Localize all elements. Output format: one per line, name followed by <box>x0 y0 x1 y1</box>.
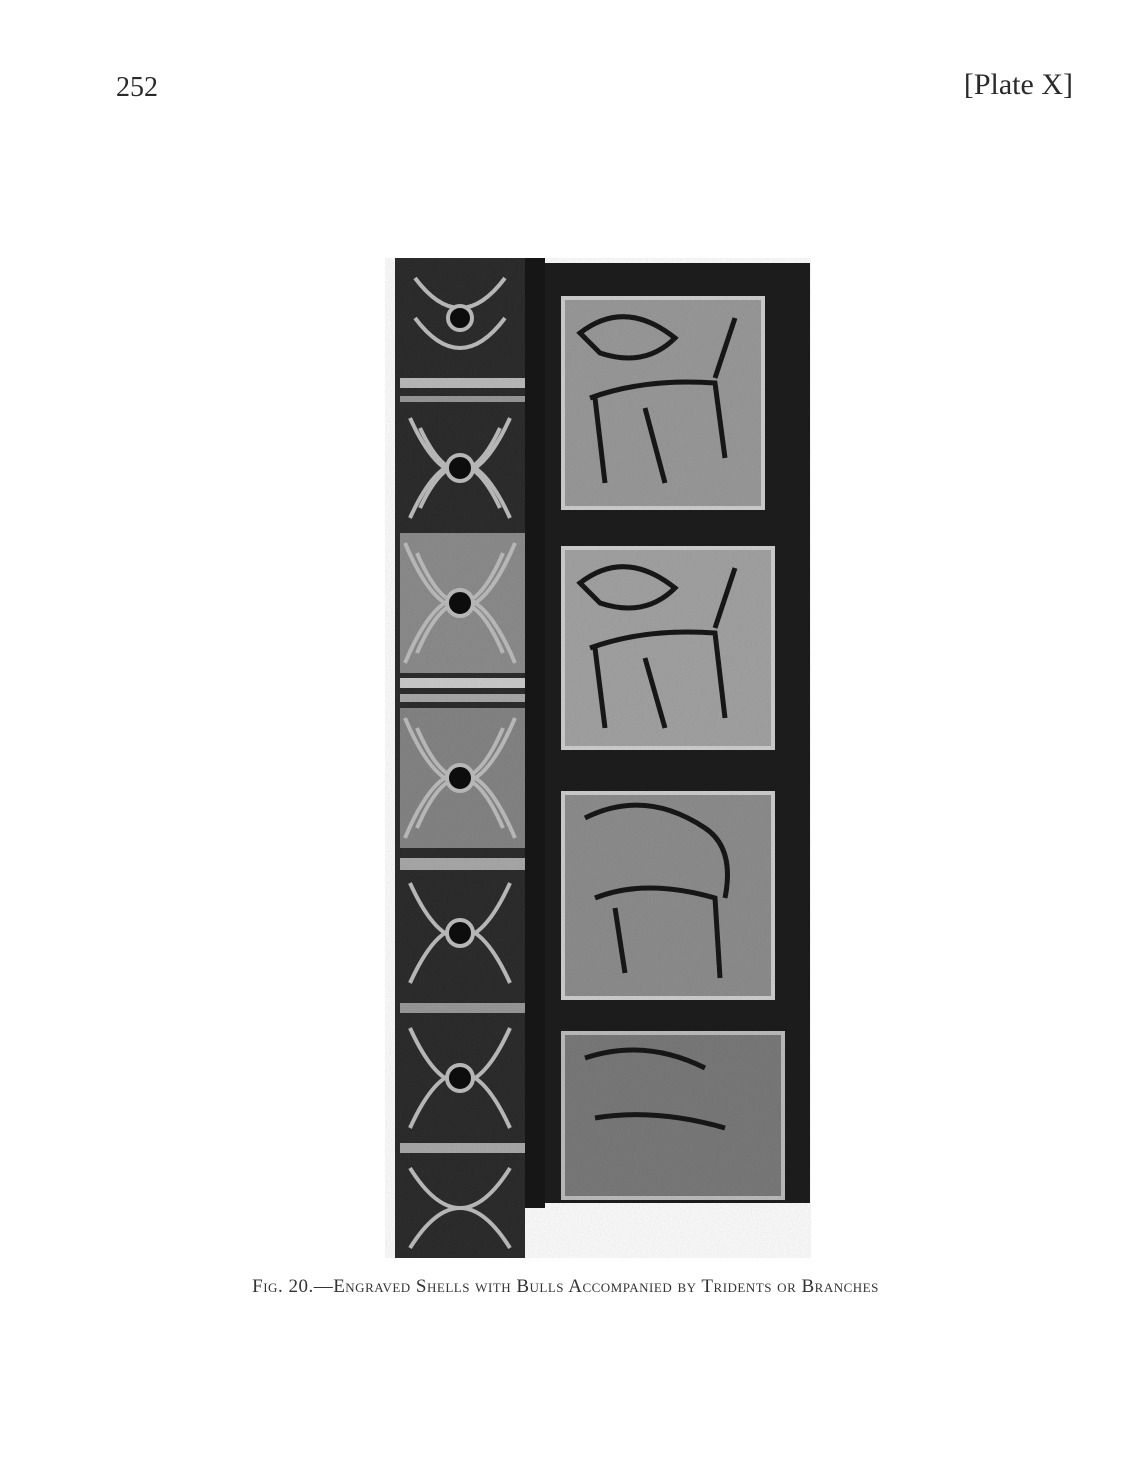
figure-photo <box>385 258 811 1258</box>
engraved-shells-image <box>385 258 811 1258</box>
figure-caption: Fig. 20.—Engraved Shells with Bulls Acco… <box>0 1276 1131 1298</box>
page-number: 252 <box>116 72 158 104</box>
plate-label: [Plate X] <box>964 68 1073 102</box>
